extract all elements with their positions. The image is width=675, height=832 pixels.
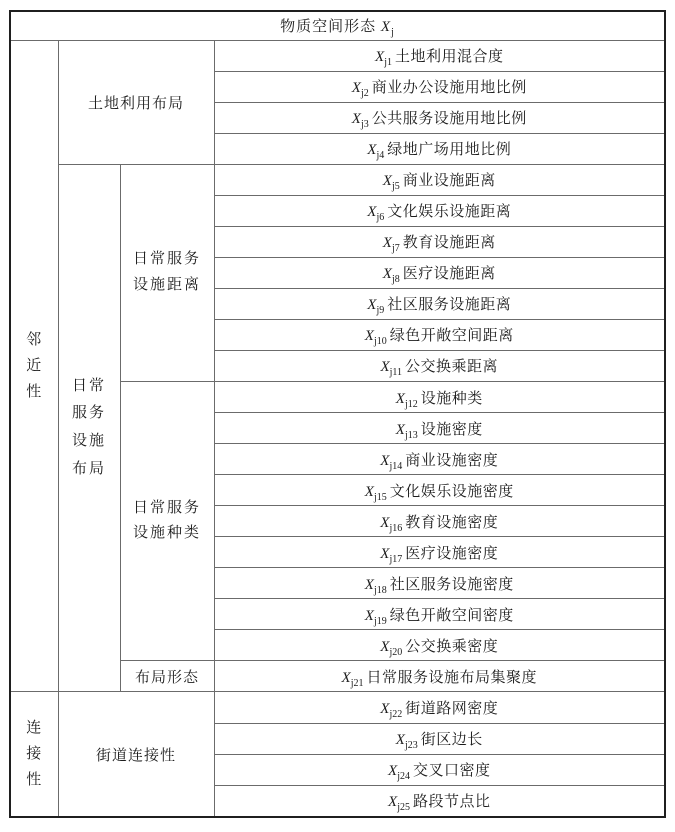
indicator-cell: Xj11公交换乘距离 bbox=[214, 350, 665, 381]
indicator-cell: Xj2商业办公设施用地比例 bbox=[214, 71, 665, 102]
indicator-label: 社区服务设施距离 bbox=[387, 297, 511, 313]
indicator-cell: Xj14商业设施密度 bbox=[214, 444, 665, 475]
group-daily-service-layout: 日常 服务 设施 布局 bbox=[58, 164, 120, 692]
indicator-label: 医疗设施密度 bbox=[405, 546, 498, 562]
variable-symbol: X bbox=[396, 732, 405, 748]
indicator-label: 医疗设施距离 bbox=[403, 266, 496, 282]
variable-subscript: j15 bbox=[374, 492, 387, 503]
table-row: 邻 近 性 土地利用布局 Xj1土地利用混合度 bbox=[10, 40, 665, 71]
variable-subscript: j10 bbox=[374, 336, 387, 347]
variable-symbol: X bbox=[365, 328, 374, 344]
table-row: 连 接 性 街道连接性 Xj22街道路网密度 bbox=[10, 692, 665, 723]
group-street-connectivity: 街道连接性 bbox=[58, 692, 214, 817]
variable-subscript: j24 bbox=[397, 771, 410, 782]
indicator-cell: Xj8医疗设施距离 bbox=[214, 257, 665, 288]
variable-symbol: X bbox=[375, 49, 384, 65]
variable-subscript: j8 bbox=[392, 274, 400, 285]
variable-subscript: j5 bbox=[392, 181, 400, 192]
indicator-label: 公交换乘密度 bbox=[405, 639, 498, 655]
indicator-cell: Xj21日常服务设施布局集聚度 bbox=[214, 661, 665, 692]
indicator-cell: Xj17医疗设施密度 bbox=[214, 537, 665, 568]
group-connectivity: 连 接 性 bbox=[10, 692, 58, 817]
variable-symbol: X bbox=[365, 577, 374, 593]
variable-subscript: j14 bbox=[389, 461, 402, 472]
table-title: 物质空间形态 Xj bbox=[10, 11, 665, 40]
indicator-label: 土地利用混合度 bbox=[395, 49, 504, 65]
indicator-label: 绿色开敞空间距离 bbox=[390, 328, 514, 344]
indicator-label: 公共服务设施用地比例 bbox=[372, 111, 527, 127]
indicator-label: 商业办公设施用地比例 bbox=[372, 80, 527, 96]
indicator-cell: Xj1土地利用混合度 bbox=[214, 40, 665, 71]
variable-symbol: X bbox=[365, 608, 374, 624]
variable-subscript: j4 bbox=[376, 150, 384, 161]
variable-symbol: X bbox=[352, 111, 361, 127]
variable-symbol: X bbox=[396, 422, 405, 438]
indicator-cell: Xj3公共服务设施用地比例 bbox=[214, 102, 665, 133]
variable-subscript: j13 bbox=[405, 430, 418, 441]
indicator-label: 交叉口密度 bbox=[413, 763, 491, 779]
indicator-label: 社区服务设施密度 bbox=[390, 577, 514, 593]
variable-symbol: X bbox=[396, 391, 405, 407]
indicator-label: 绿色开敞空间密度 bbox=[390, 608, 514, 624]
variable-subscript: j21 bbox=[351, 678, 364, 689]
indicator-label: 商业设施距离 bbox=[403, 173, 496, 189]
group-facility-type: 日常服务 设施种类 bbox=[120, 382, 214, 661]
indicator-cell: Xj9社区服务设施距离 bbox=[214, 288, 665, 319]
indicator-label: 绿地广场用地比例 bbox=[387, 142, 511, 158]
indicator-cell: Xj15文化娱乐设施密度 bbox=[214, 475, 665, 506]
indicator-cell: Xj7教育设施距离 bbox=[214, 226, 665, 257]
variable-symbol: X bbox=[388, 794, 397, 810]
indicator-label: 文化娱乐设施距离 bbox=[387, 204, 511, 220]
indicator-label: 教育设施距离 bbox=[403, 235, 496, 251]
indicator-cell: Xj13设施密度 bbox=[214, 413, 665, 444]
indicator-cell: Xj6文化娱乐设施距离 bbox=[214, 195, 665, 226]
indicator-cell: Xj18社区服务设施密度 bbox=[214, 568, 665, 599]
indicator-label: 路段节点比 bbox=[413, 794, 491, 810]
indicator-label: 文化娱乐设施密度 bbox=[390, 484, 514, 500]
indicator-cell: Xj12设施种类 bbox=[214, 382, 665, 413]
indicator-table: 物质空间形态 Xj 邻 近 性 土地利用布局 Xj1土地利用混合度 Xj2商业办… bbox=[9, 10, 666, 818]
variable-symbol: X bbox=[381, 19, 391, 35]
group-layout-form: 布局形态 bbox=[120, 661, 214, 692]
variable-subscript: j17 bbox=[389, 554, 402, 565]
variable-subscript: j22 bbox=[389, 709, 402, 720]
indicator-cell: Xj22街道路网密度 bbox=[214, 692, 665, 723]
variable-symbol: X bbox=[383, 235, 392, 251]
group-facility-distance: 日常服务 设施距离 bbox=[120, 164, 214, 381]
indicator-label: 教育设施密度 bbox=[405, 515, 498, 531]
variable-symbol: X bbox=[383, 266, 392, 282]
variable-subscript: j2 bbox=[361, 88, 369, 99]
table-row: 日常 服务 设施 布局 日常服务 设施距离 Xj5商业设施距离 bbox=[10, 164, 665, 195]
indicator-cell: Xj19绿色开敞空间密度 bbox=[214, 599, 665, 630]
group-land-use-layout: 土地利用布局 bbox=[58, 40, 214, 164]
variable-symbol: X bbox=[342, 670, 351, 686]
variable-subscript: j7 bbox=[392, 243, 400, 254]
variable-subscript: j25 bbox=[397, 802, 410, 813]
indicator-cell: Xj24交叉口密度 bbox=[214, 754, 665, 785]
variable-symbol: X bbox=[380, 359, 389, 375]
variable-subscript: j12 bbox=[405, 399, 418, 410]
variable-subscript: j9 bbox=[376, 305, 384, 316]
variable-subscript: j16 bbox=[389, 523, 402, 534]
variable-subscript: j3 bbox=[361, 119, 369, 130]
variable-symbol: X bbox=[365, 484, 374, 500]
group-proximity: 邻 近 性 bbox=[10, 40, 58, 692]
indicator-label: 设施密度 bbox=[421, 422, 483, 438]
indicator-label: 日常服务设施布局集聚度 bbox=[366, 670, 537, 686]
variable-subscript: j1 bbox=[384, 57, 392, 68]
page: 物质空间形态 Xj 邻 近 性 土地利用布局 Xj1土地利用混合度 Xj2商业办… bbox=[0, 0, 675, 832]
variable-subscript: j19 bbox=[374, 616, 387, 627]
variable-symbol: X bbox=[352, 80, 361, 96]
indicator-cell: Xj16教育设施密度 bbox=[214, 506, 665, 537]
variable-subscript: j18 bbox=[374, 585, 387, 596]
indicator-cell: Xj20公交换乘密度 bbox=[214, 630, 665, 661]
table-row: 物质空间形态 Xj bbox=[10, 11, 665, 40]
variable-subscript: j bbox=[391, 27, 395, 38]
indicator-cell: Xj5商业设施距离 bbox=[214, 164, 665, 195]
variable-subscript: j6 bbox=[376, 212, 384, 223]
variable-subscript: j23 bbox=[405, 740, 418, 751]
variable-symbol: X bbox=[383, 173, 392, 189]
variable-symbol: X bbox=[388, 763, 397, 779]
indicator-label: 设施种类 bbox=[421, 391, 483, 407]
indicator-cell: Xj10绿色开敞空间距离 bbox=[214, 319, 665, 350]
indicator-label: 公交换乘距离 bbox=[405, 359, 498, 375]
variable-subscript: j20 bbox=[389, 647, 402, 658]
indicator-label: 商业设施密度 bbox=[405, 453, 498, 469]
indicator-label: 街道路网密度 bbox=[405, 701, 498, 717]
variable-subscript: j11 bbox=[390, 367, 402, 378]
indicator-cell: Xj25路段节点比 bbox=[214, 785, 665, 817]
indicator-cell: Xj4绿地广场用地比例 bbox=[214, 133, 665, 164]
table-title-text: 物质空间形态 bbox=[280, 19, 376, 35]
indicator-cell: Xj23街区边长 bbox=[214, 723, 665, 754]
indicator-label: 街区边长 bbox=[421, 732, 483, 748]
